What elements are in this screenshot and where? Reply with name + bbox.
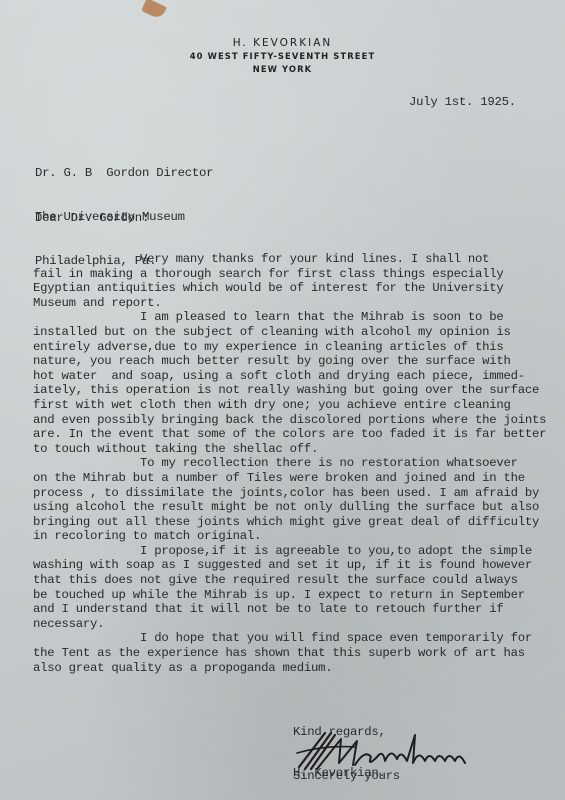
letterhead: H. KEVORKIAN 40 WEST FIFTY-SEVENTH STREE… (0, 37, 565, 76)
body-line: installed but on the subject of cleaning… (33, 325, 546, 340)
body-line: process , to dissimilate the joints,colo… (33, 486, 546, 501)
body-line: in recoloring to match original. (33, 529, 546, 544)
body-line: on the Mihrab but a number of Tiles were… (33, 471, 546, 486)
body-line: also great quality as a propoganda mediu… (33, 661, 546, 676)
body-line: I propose,if it is agreeable to you,to a… (33, 544, 546, 559)
body-line: Very many thanks for your kind lines. I … (33, 252, 546, 267)
body-line: I do hope that you will find space even … (33, 631, 546, 646)
body-line: hot water and soap, using a soft cloth a… (33, 369, 546, 384)
body-line: I am pleased to learn that the Mihrab is… (33, 310, 546, 325)
body-line: to touch without taking the shellac off. (33, 442, 546, 457)
body-line: washing with soap as I suggested and set… (33, 558, 546, 573)
signed-name: H. Kevorkian. (293, 766, 386, 781)
letter-body: Very many thanks for your kind lines. I … (33, 252, 546, 675)
body-line: iately, this operation is not really was… (33, 383, 546, 398)
body-line: necessary. (33, 617, 546, 632)
body-line: and I understand that it will not be to … (33, 602, 546, 617)
body-line: entirely adverse,due to my experience in… (33, 340, 546, 355)
letter-date: July 1st. 1925. (409, 95, 516, 110)
body-line: be touched up while the Mihrab is up. I … (33, 588, 546, 603)
body-line: and even possibly bringing back the disc… (33, 413, 546, 428)
body-line: using alcohol the result might be not on… (33, 500, 546, 515)
body-line: the Tent as the experience has shown tha… (33, 646, 546, 661)
body-line: are. In the event that some of the color… (33, 427, 546, 442)
body-line: Museum and report. (33, 296, 546, 311)
paper-tear-mark (141, 0, 167, 20)
salutation: Dear Dr. Gordon: (35, 211, 149, 226)
recipient-line: Dr. G. B Gordon Director (35, 166, 213, 181)
letterhead-city: NEW YORK (0, 63, 565, 76)
body-line: bringing out all these joints which migh… (33, 515, 546, 530)
body-line: Egyptian antiquities which would be of i… (33, 281, 546, 296)
body-line: first with wet cloth then with dry one; … (33, 398, 546, 413)
letterhead-name: H. KEVORKIAN (0, 37, 565, 50)
body-line: that this does not give the required res… (33, 573, 546, 588)
body-line: nature, you reach much better result by … (33, 354, 546, 369)
letterhead-address: 40 WEST FIFTY-SEVENTH STREET (0, 50, 565, 63)
body-line: To my recollection there is no restorati… (33, 456, 546, 471)
body-line: fail in making a thorough search for fir… (33, 267, 546, 282)
